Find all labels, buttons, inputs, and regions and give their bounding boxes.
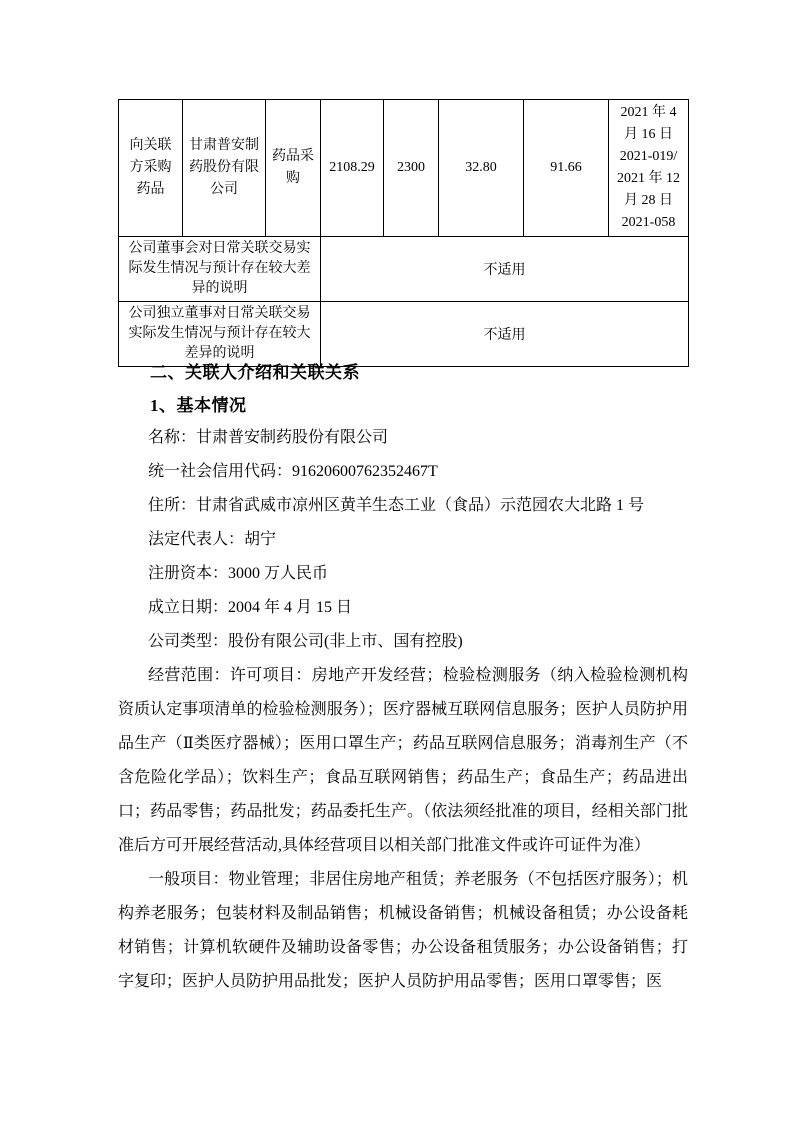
subsection-heading: 1、基本情况 [150, 394, 247, 418]
actual-amount-cell: 2108.29 [321, 100, 384, 237]
board-statement-value-cell: 不适用 [321, 237, 689, 302]
document-page: 向关联方采购药品 甘肃普安制药股份有限公司 药品采购 2108.29 2300 … [0, 0, 793, 1122]
section-heading: 二、关联人介绍和关联关系 [150, 361, 360, 385]
purchase-type-cell: 向关联方采购药品 [119, 100, 183, 237]
address-line: 住所：甘肃省武威市凉州区黄羊生态工业（食品）示范园农大北路 1 号 [118, 489, 688, 523]
legal-representative-line: 法定代表人：胡宁 [118, 523, 688, 557]
licensed-business-scope-paragraph: 经营范围：许可项目：房地产开发经营；检验检测服务（纳入检验检测机构资质认定事项清… [118, 659, 688, 863]
general-business-scope-paragraph: 一般项目：物业管理；非居住房地产租赁；养老服务（不包括医疗服务）；机构养老服务；… [118, 863, 688, 999]
company-type-line: 公司类型：股份有限公司(非上市、国有控股) [118, 625, 688, 659]
related-transactions-table: 向关联方采购药品 甘肃普安制药股份有限公司 药品采购 2108.29 2300 … [118, 99, 689, 367]
percentage-cell: 91.66 [524, 100, 609, 237]
registered-capital-line: 注册资本：3000 万人民币 [118, 557, 688, 591]
board-statement-label-cell: 公司董事会对日常关联交易实际发生情况与预计存在较大差异的说明 [119, 237, 321, 302]
basic-info-block: 名称：甘肃普安制药股份有限公司 统一社会信用代码：916206007623524… [118, 421, 688, 999]
disclosure-date-cell: 2021 年 4 月 16 日 2021-019/ 2021 年 12 月 28… [609, 100, 689, 237]
ratio-cell: 32.80 [439, 100, 524, 237]
transaction-category-cell: 药品采购 [266, 100, 321, 237]
independent-director-value-cell: 不适用 [321, 302, 689, 367]
company-name-line: 名称：甘肃普安制药股份有限公司 [118, 421, 688, 455]
board-statement-row: 公司董事会对日常关联交易实际发生情况与预计存在较大差异的说明 不适用 [119, 237, 689, 302]
establishment-date-line: 成立日期：2004 年 4 月 15 日 [118, 591, 688, 625]
related-party-cell: 甘肃普安制药股份有限公司 [183, 100, 266, 237]
estimated-amount-cell: 2300 [384, 100, 439, 237]
independent-director-label-cell: 公司独立董事对日常关联交易实际发生情况与预计存在较大差异的说明 [119, 302, 321, 367]
credit-code-line: 统一社会信用代码：91620600762352467T [118, 455, 688, 489]
purchase-row: 向关联方采购药品 甘肃普安制药股份有限公司 药品采购 2108.29 2300 … [119, 100, 689, 237]
independent-director-statement-row: 公司独立董事对日常关联交易实际发生情况与预计存在较大差异的说明 不适用 [119, 302, 689, 367]
